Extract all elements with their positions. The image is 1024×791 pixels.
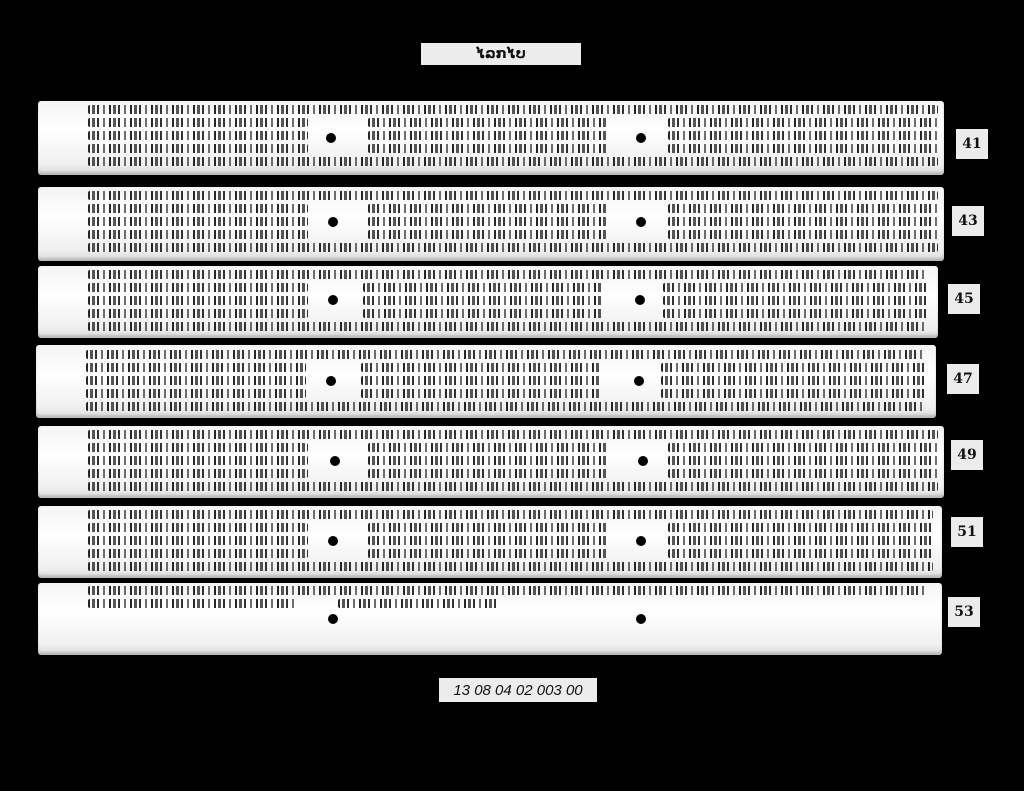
- script-line: [368, 536, 608, 545]
- palm-leaf-page-47: [36, 345, 936, 418]
- page-number-text: 53: [954, 604, 973, 620]
- script-line: [661, 376, 926, 385]
- script-line: [88, 482, 938, 491]
- script-line: [668, 443, 938, 452]
- binding-hole: [636, 536, 646, 546]
- binding-hole: [636, 217, 646, 227]
- page-number-text: 43: [958, 213, 977, 229]
- page-number-label: 43: [952, 206, 984, 236]
- page-number-label: 49: [951, 440, 983, 470]
- script-line: [88, 204, 308, 213]
- script-line: [661, 363, 926, 372]
- catalog-number-label: 13 08 04 02 003 00: [439, 678, 597, 702]
- script-line: [668, 217, 938, 226]
- script-line: [86, 389, 306, 398]
- script-line: [363, 309, 603, 318]
- script-line: [88, 523, 308, 532]
- script-line: [363, 296, 603, 305]
- script-line: [86, 402, 926, 411]
- script-line: [661, 389, 926, 398]
- binding-hole: [328, 614, 338, 624]
- palm-leaf-page-51: [38, 506, 942, 578]
- script-line: [88, 230, 308, 239]
- binding-hole: [326, 133, 336, 143]
- script-line: [88, 131, 308, 140]
- palm-leaf-page-41: [38, 101, 944, 175]
- script-line: [368, 131, 608, 140]
- script-line: [361, 363, 601, 372]
- binding-hole: [635, 295, 645, 305]
- script-line: [368, 118, 608, 127]
- script-line: [668, 131, 938, 140]
- script-line: [668, 118, 938, 127]
- script-line: [88, 191, 938, 200]
- script-line: [88, 157, 938, 166]
- page-number-label: 41: [956, 129, 988, 159]
- script-line: [663, 296, 928, 305]
- script-line: [361, 389, 601, 398]
- script-line: [663, 309, 928, 318]
- script-line: [88, 243, 938, 252]
- binding-hole: [326, 376, 336, 386]
- binding-hole: [330, 456, 340, 466]
- script-line: [88, 456, 308, 465]
- script-line: [368, 456, 608, 465]
- page-number-text: 47: [953, 371, 972, 387]
- script-line: [88, 510, 933, 519]
- script-line: [368, 230, 608, 239]
- script-line: [88, 283, 308, 292]
- script-line: [88, 443, 308, 452]
- script-line: [88, 322, 928, 331]
- script-line: [668, 549, 933, 558]
- script-line: [668, 230, 938, 239]
- page-number-text: 51: [957, 524, 976, 540]
- script-line: [368, 144, 608, 153]
- script-line: [368, 469, 608, 478]
- binding-hole: [638, 456, 648, 466]
- script-line: [88, 217, 308, 226]
- script-line: [668, 456, 938, 465]
- script-line: [88, 118, 308, 127]
- script-line: [663, 283, 928, 292]
- script-line: [88, 144, 308, 153]
- script-line: [368, 549, 608, 558]
- page-number-text: 45: [954, 291, 973, 307]
- script-line: [88, 586, 928, 595]
- script-line: [88, 430, 938, 439]
- page-number-label: 53: [948, 597, 980, 627]
- script-line: [88, 549, 308, 558]
- page-number-label: 47: [947, 364, 979, 394]
- binding-hole: [328, 295, 338, 305]
- script-line: [88, 536, 308, 545]
- palm-leaf-page-49: [38, 426, 944, 498]
- script-line: [86, 363, 306, 372]
- script-line: [668, 536, 933, 545]
- script-line: [88, 105, 938, 114]
- palm-leaf-page-43: [38, 187, 944, 261]
- script-line: [338, 599, 498, 608]
- page-number-text: 41: [962, 136, 981, 152]
- script-line: [88, 469, 308, 478]
- manuscript-title-label: ໄລກໄບ: [421, 43, 581, 65]
- palm-leaf-page-45: [38, 266, 938, 338]
- binding-hole: [634, 376, 644, 386]
- script-line: [368, 443, 608, 452]
- binding-hole: [328, 536, 338, 546]
- palm-leaf-page-53: [38, 583, 942, 655]
- page-number-label: 51: [951, 517, 983, 547]
- page-number-label: 45: [948, 284, 980, 314]
- script-line: [88, 309, 308, 318]
- binding-hole: [636, 133, 646, 143]
- script-line: [668, 523, 933, 532]
- manuscript-title-text: ໄລກໄບ: [476, 46, 526, 62]
- script-line: [88, 296, 308, 305]
- script-line: [368, 217, 608, 226]
- binding-hole: [328, 217, 338, 227]
- script-line: [368, 204, 608, 213]
- script-line: [668, 144, 938, 153]
- script-line: [368, 523, 608, 532]
- script-line: [88, 270, 928, 279]
- script-line: [88, 599, 298, 608]
- script-line: [86, 350, 926, 359]
- page-number-text: 49: [957, 447, 976, 463]
- catalog-number-text: 13 08 04 02 003 00: [453, 682, 582, 699]
- script-line: [361, 376, 601, 385]
- script-line: [86, 376, 306, 385]
- script-line: [363, 283, 603, 292]
- script-line: [668, 204, 938, 213]
- script-line: [668, 469, 938, 478]
- script-line: [88, 562, 933, 571]
- binding-hole: [636, 614, 646, 624]
